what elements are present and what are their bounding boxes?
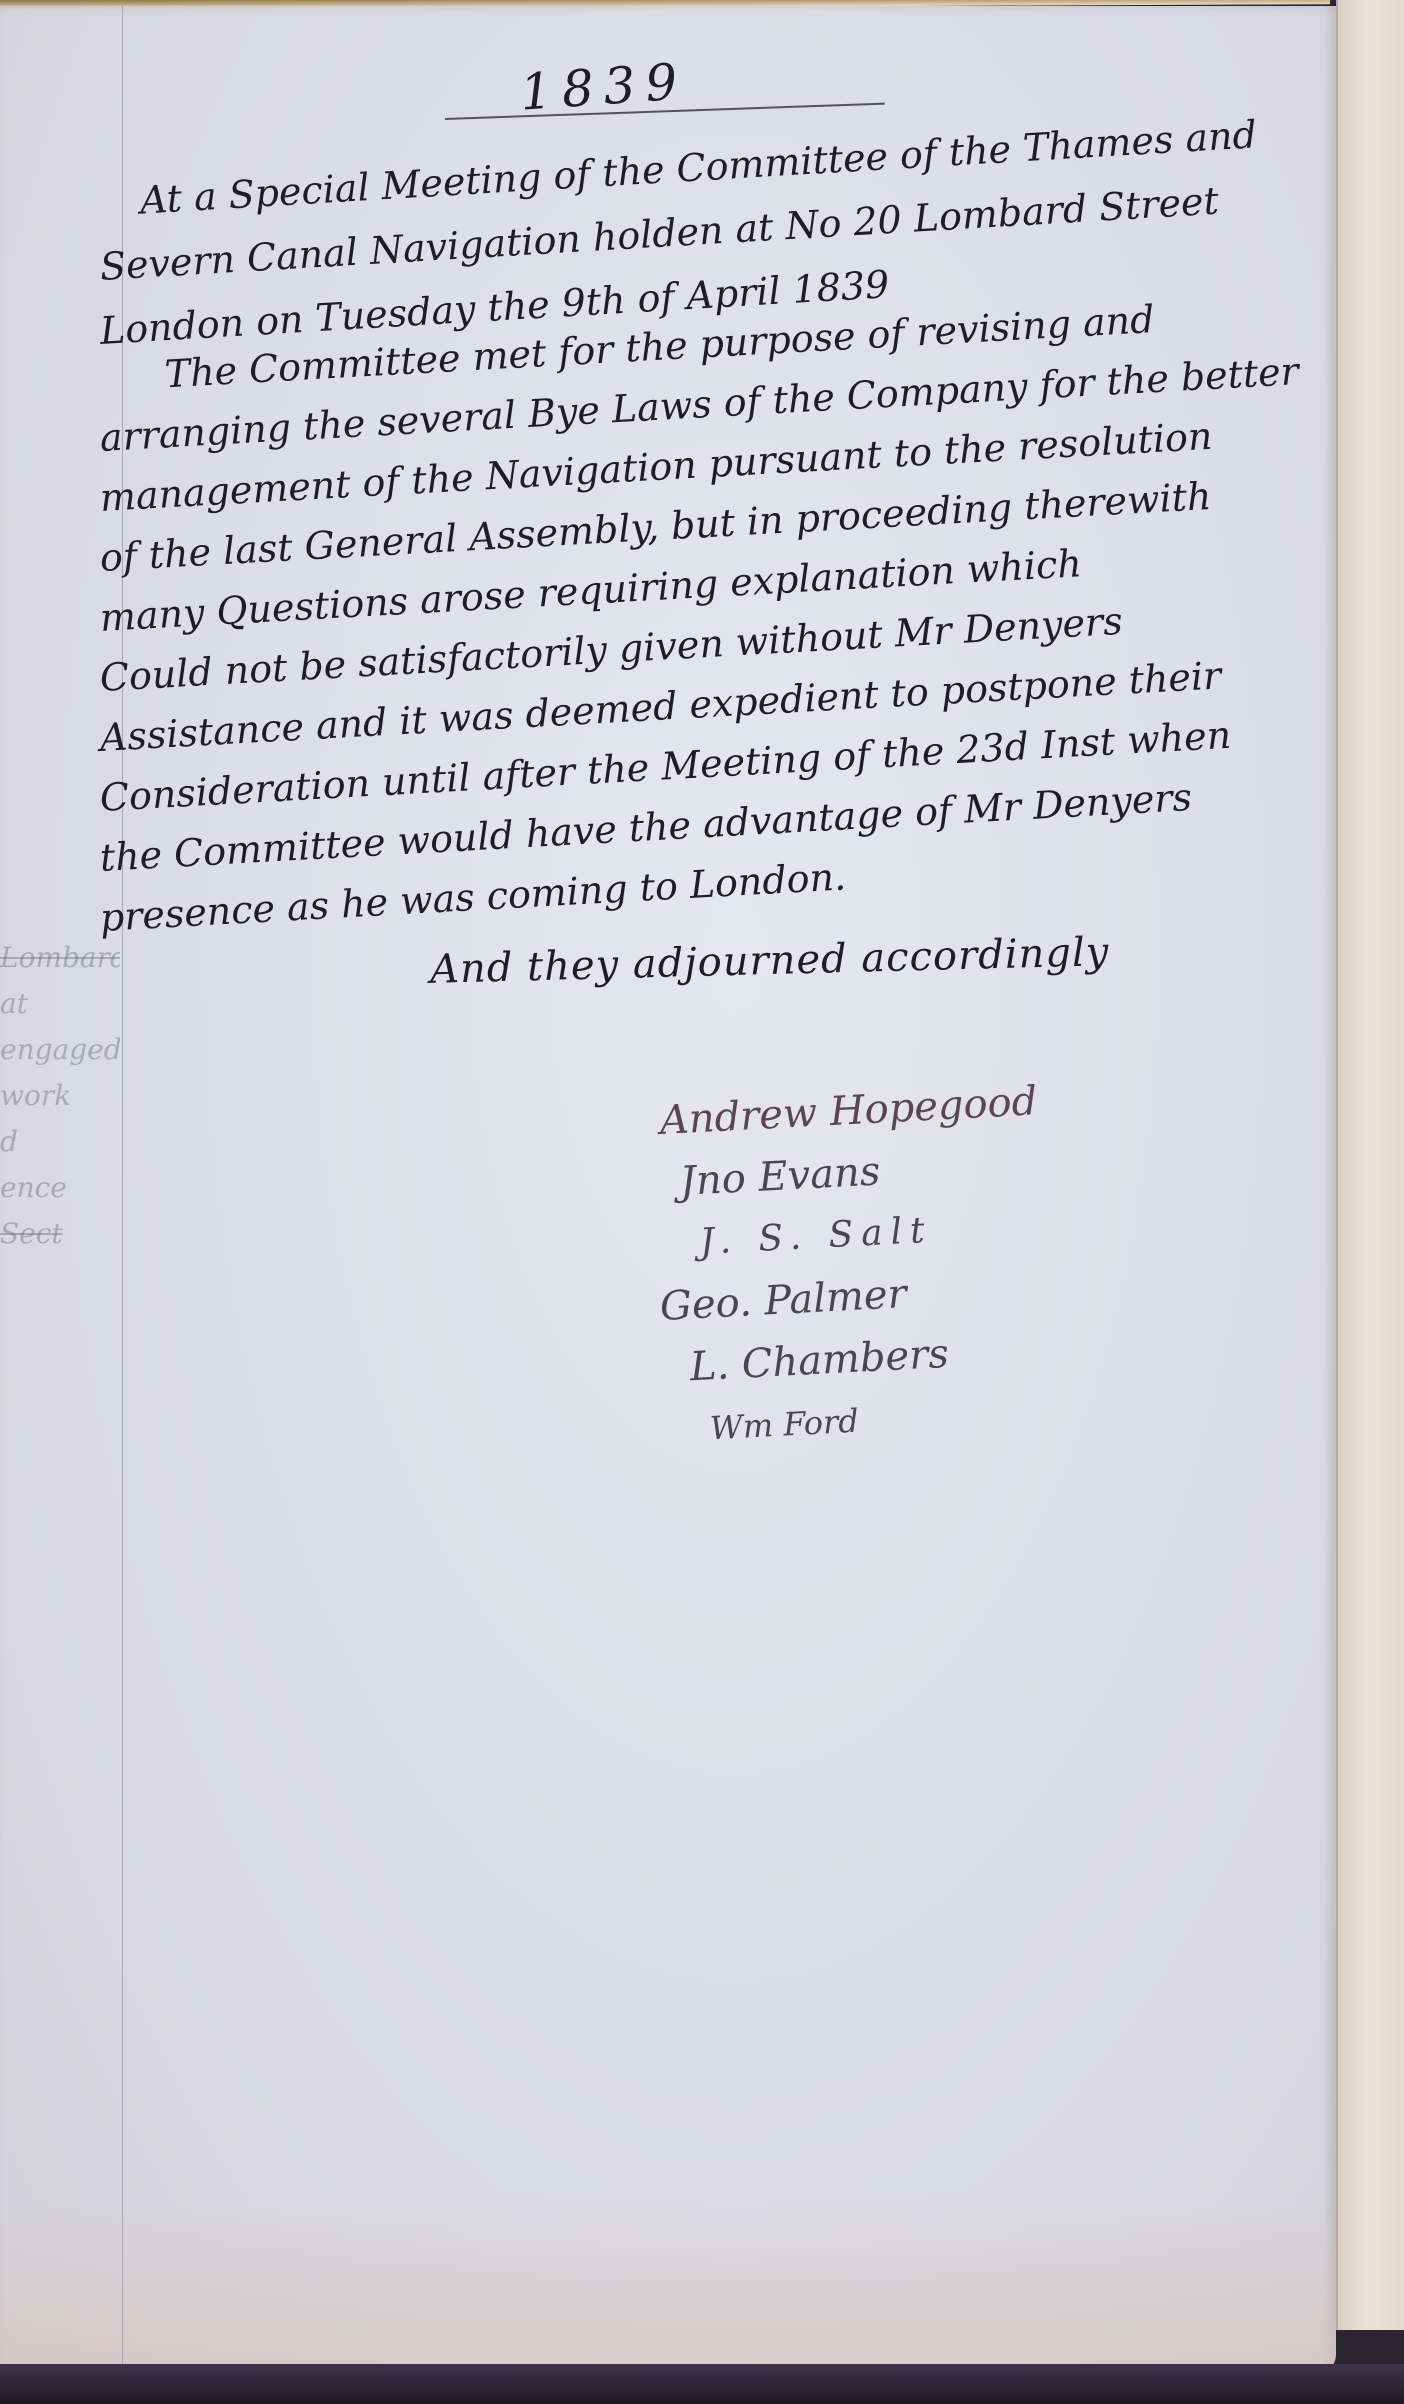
bleed-text: engaged — [0, 1027, 120, 1073]
bleed-text: ence — [0, 1165, 120, 1211]
table-surface — [0, 2364, 1404, 2404]
bleed-text: Sect — [0, 1211, 120, 1257]
book-scene: Lombard at engaged work d ence Sect 1839… — [0, 0, 1404, 2404]
bleed-text: at — [0, 981, 120, 1027]
bleed-text: work — [0, 1073, 120, 1119]
minutes-body: The Committee met for the purpose of rev… — [100, 350, 1340, 950]
bleed-text: d — [0, 1119, 120, 1165]
margin-bleed-through: Lombard at engaged work d ence Sect — [0, 935, 120, 1257]
signature-block: Andrew Hopegood Jno Evans J. S. Salt Geo… — [660, 1090, 1160, 1462]
